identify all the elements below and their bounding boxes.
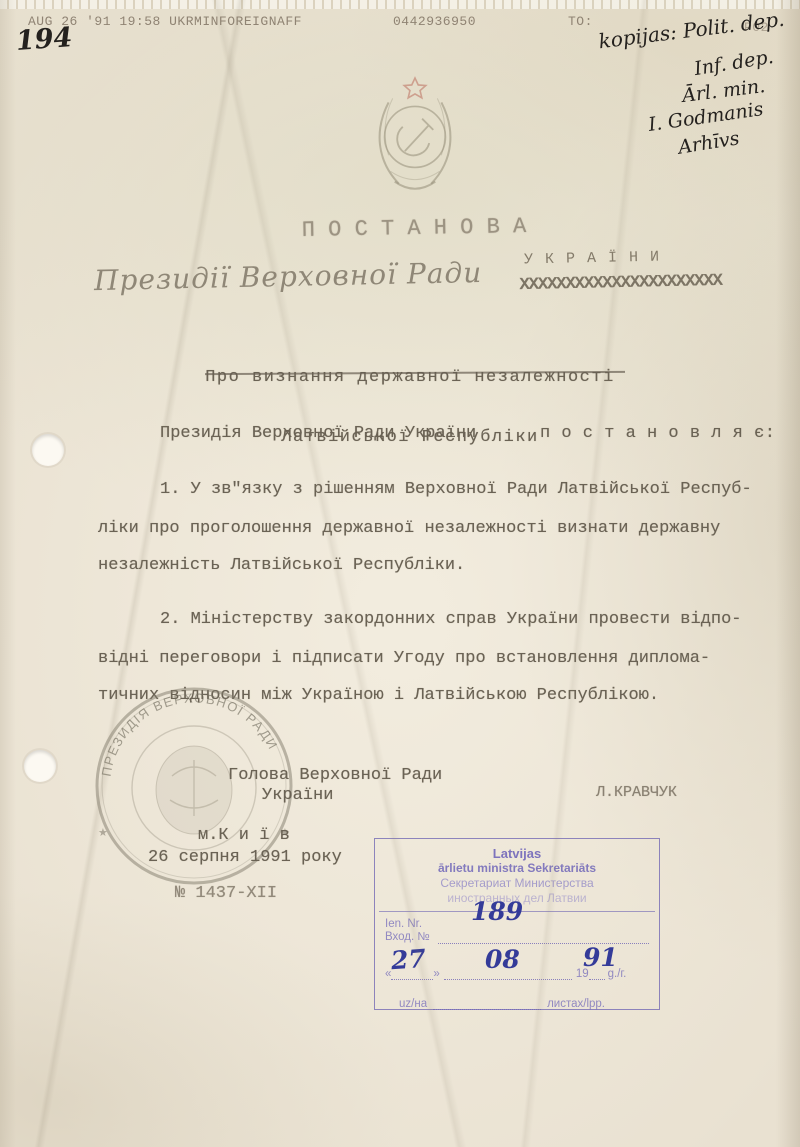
seal-star-icon: ★: [98, 827, 108, 839]
coat-of-arms-emblem: [352, 74, 478, 206]
sheets-label-lv: uz/на: [399, 998, 427, 1010]
punch-hole: [32, 434, 64, 466]
registry-header-line: Секретариат Министерства: [385, 876, 649, 891]
body-line: ліки про проголошення державної незалежн…: [98, 519, 720, 538]
country-overtype: У К Р А Ї Н И: [524, 249, 661, 269]
handwritten-note-line: kopijas: Polit. dep.: [597, 7, 785, 54]
body-line: відні переговори і підписати Угоду про в…: [98, 649, 710, 668]
registry-header-line: ārlietu ministra Sekretariāts: [385, 861, 649, 876]
city-line: м.К и ї в: [198, 826, 290, 845]
close-quote: »: [433, 968, 439, 980]
entry-number-label-lv: Ien. Nr.: [385, 918, 422, 930]
date-line: 26 серпня 1991 року: [148, 848, 342, 867]
sheets-label-ru: листах/lpp.: [547, 998, 605, 1010]
opening-clause: Президія Верховної Ради України: [160, 424, 476, 443]
document-page: AUG 26 '91 19:58 UKRMINFOREIGNAFF 044293…: [0, 0, 800, 1147]
opening-clause-spaced: п о с т а н о в л я є:: [540, 424, 775, 443]
latvian-registry-stamp: Latvijas ārlietu ministra Sekretariāts С…: [374, 838, 660, 1010]
letterhead-presidium-line: Президії Верховної Ради: [94, 256, 483, 297]
signatory-title-line2: України: [262, 786, 333, 805]
red-star-icon: [404, 78, 426, 98]
subject-heading: Про визнання державної незалежності Латв…: [60, 328, 760, 488]
signatory-title-line1: Голова Верховної Ради: [228, 766, 442, 785]
typed-strikeout: ХХХХХХХХХХХХХХХХХХХХХХ: [519, 272, 722, 295]
registry-header-line: Latvijas: [385, 846, 649, 861]
registry-sheets-row: uz/на листах/lpp.: [399, 996, 649, 1010]
entry-number-label-ru: Вход. №: [385, 931, 430, 943]
punch-hole: [24, 750, 56, 782]
torn-top-edge: [0, 0, 800, 9]
handwritten-month: 08: [485, 945, 520, 974]
entry-number-dotted-line: [438, 930, 649, 944]
body-line: 1. У зв"язку з рішенням Верховної Ради Л…: [160, 480, 752, 499]
fax-number: 0442936950: [393, 14, 476, 29]
entry-number-labels: Ien. Nr. Вход. №: [385, 918, 430, 944]
decree-number: № 1437-ХІІ: [175, 884, 277, 903]
body-line: 2. Міністерству закордонних справ Україн…: [160, 610, 742, 629]
handwritten-mark: 194: [15, 22, 73, 57]
fax-to-label: TO:: [568, 14, 593, 29]
handwritten-note-line: Arhīvs: [677, 127, 741, 158]
subject-line1: Про визнання державної незалежності: [60, 368, 760, 388]
document-title: П О С Т А Н О В А: [14, 209, 800, 248]
handwritten-year: 91: [583, 943, 618, 972]
handwritten-entry-number: 189: [471, 897, 523, 926]
body-line: незалежність Латвійської Республіки.: [98, 556, 465, 575]
handwritten-day: 27: [390, 944, 427, 975]
sheets-dotted-line: [433, 996, 541, 1010]
signatory-name: Л.КРАВЧУК: [596, 784, 677, 801]
